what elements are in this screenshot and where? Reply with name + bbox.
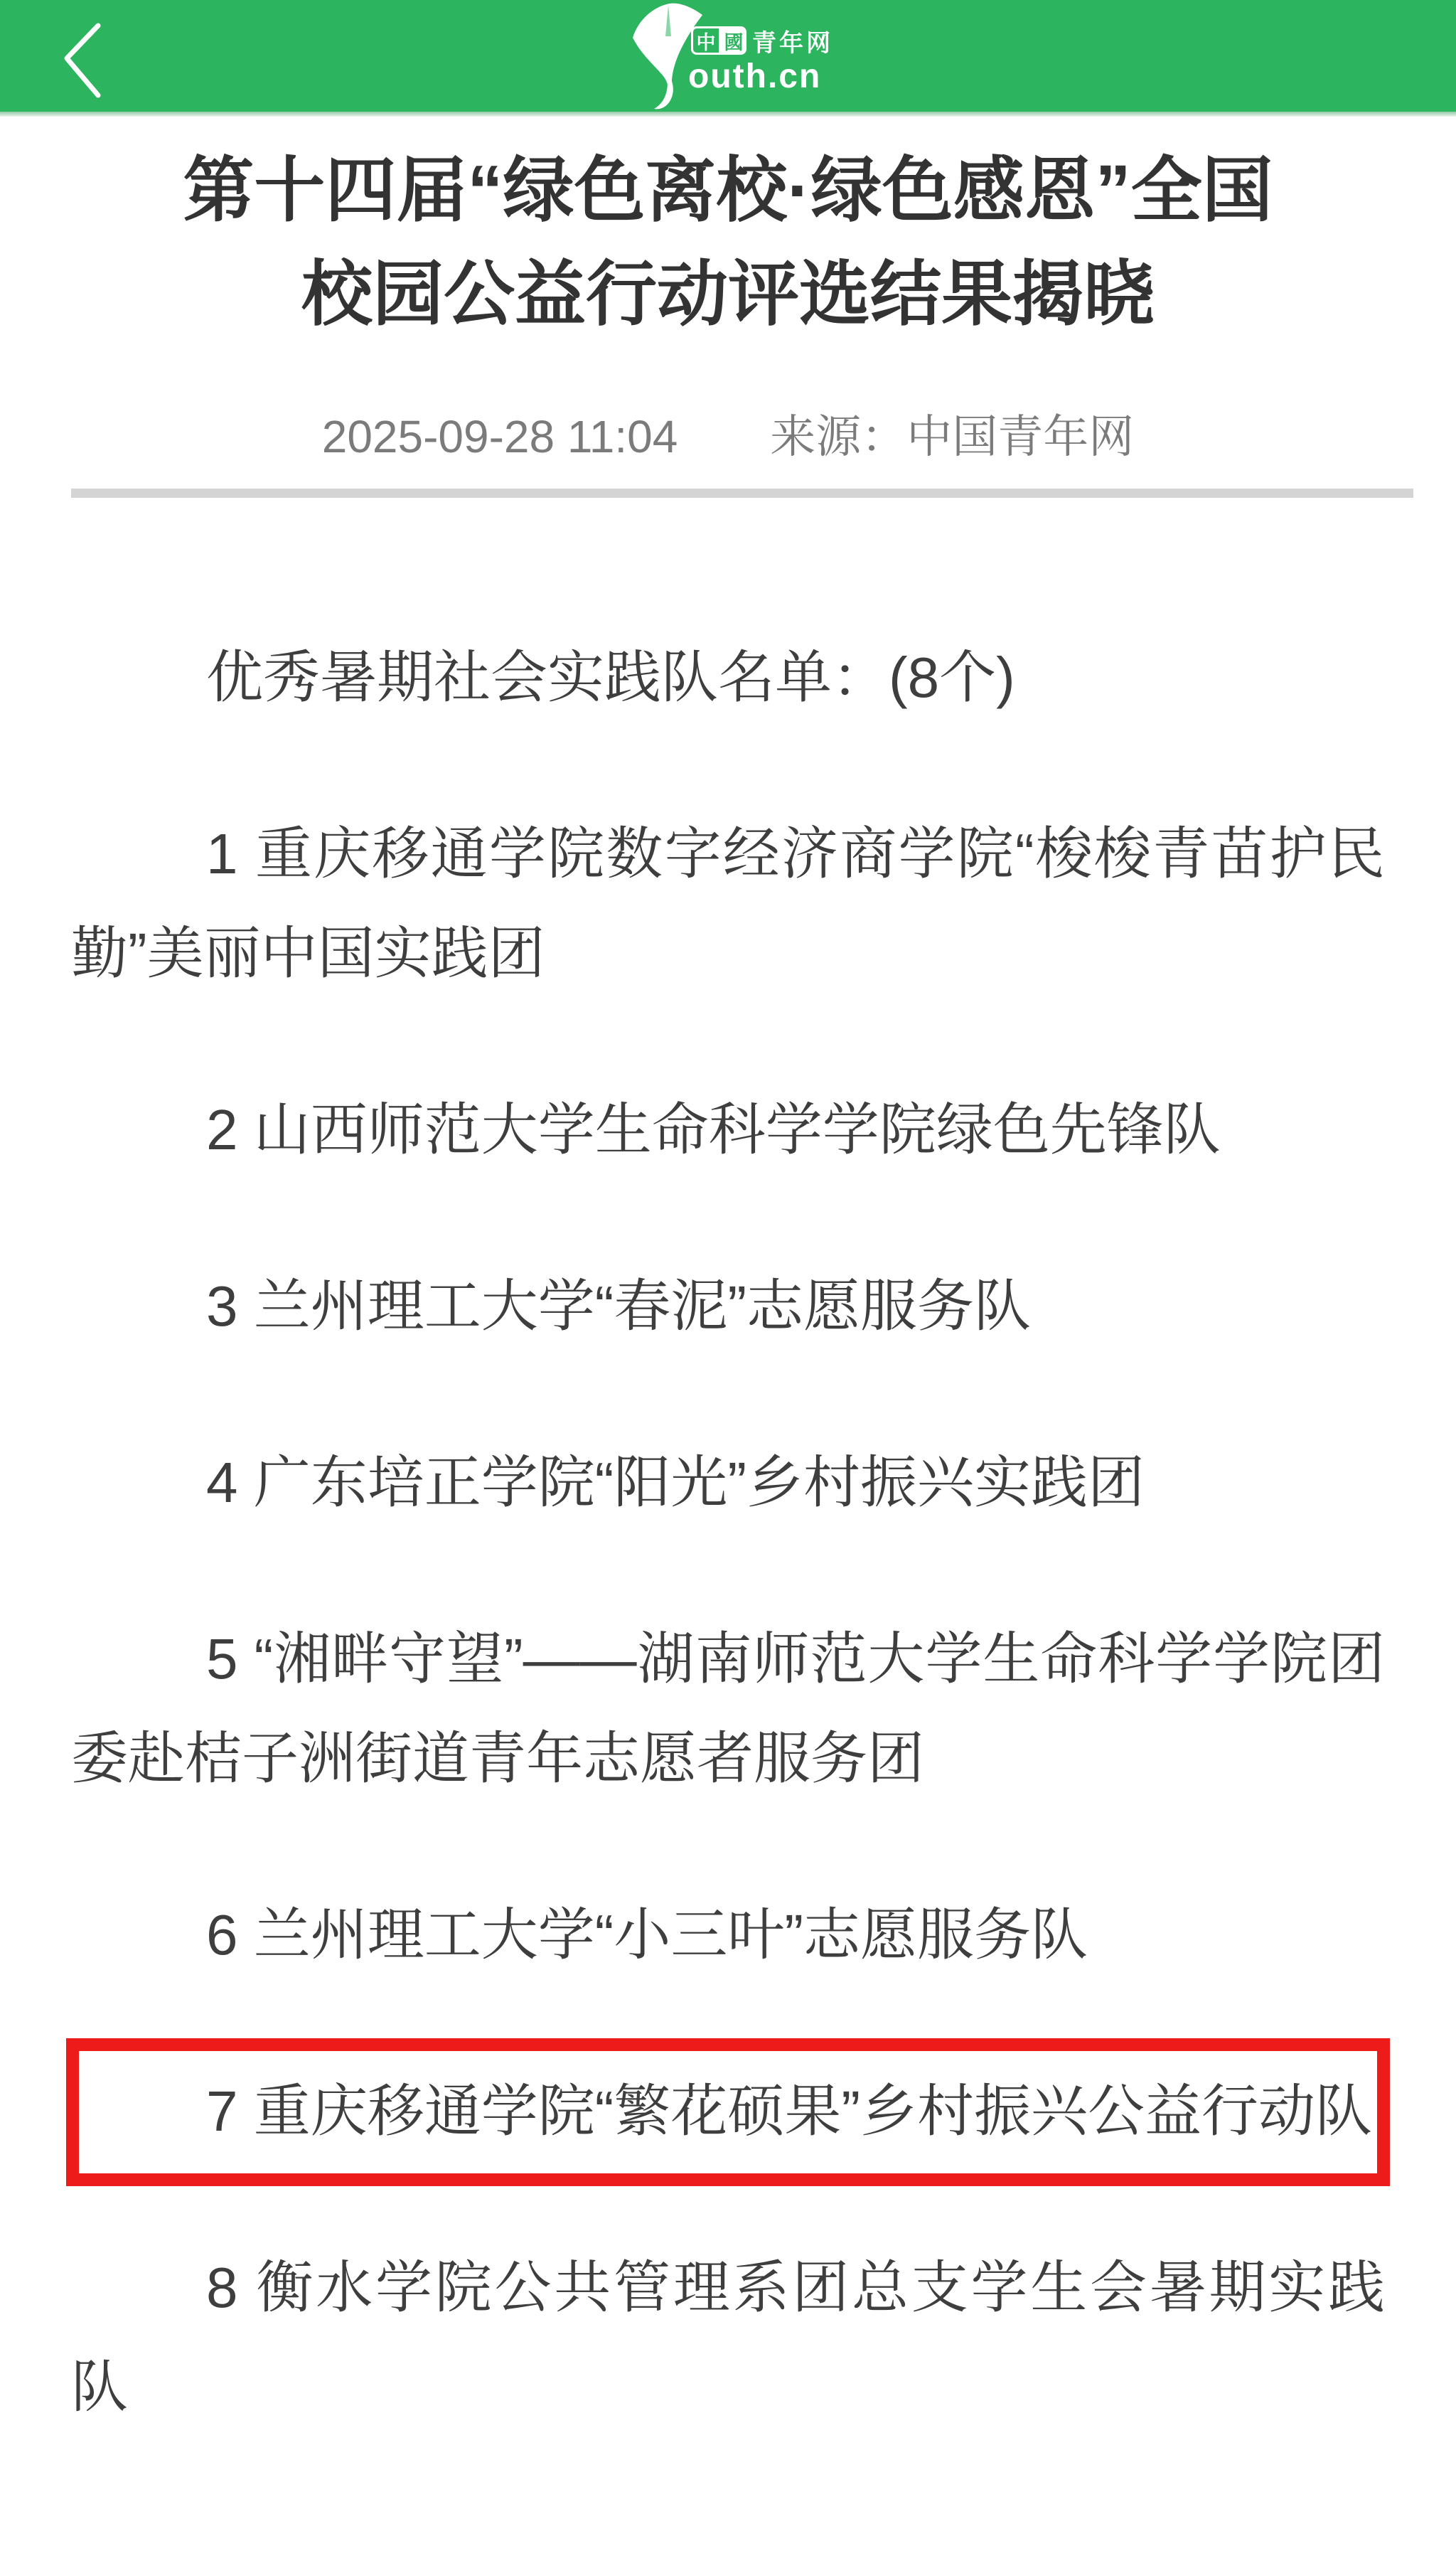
list-item-4: 4 广东培正学院“阳光”乡村振兴实践团 [71, 1433, 1385, 1533]
list-item-5: 5 “湘畔守望”——湖南师范大学生命科学学院团委赴桔子洲街道青年志愿者服务团 [71, 1609, 1385, 1809]
badge-char-outline: 中 [691, 26, 721, 55]
publish-date: 2025-09-28 11:04 [322, 412, 678, 462]
source-label: 来源：中国青年网 [770, 412, 1134, 462]
app-header: 中 國 青年网 outh.cn [0, 0, 1456, 112]
list-item-2: 2 山西师范大学生命科学学院绿色先锋队 [71, 1080, 1385, 1180]
list-item-3: 3 兰州理工大学“春泥”志愿服务队 [71, 1257, 1385, 1356]
article-title-line2: 校园公益行动评选结果揭晓 [43, 243, 1413, 346]
intro-paragraph: 优秀暑期社会实践队名单：(8个) [71, 628, 1385, 728]
badge-rest: 青年网 [752, 23, 833, 58]
logo-badge: 中 國 青年网 [691, 26, 833, 55]
list-item-6: 6 兰州理工大学“小三叶”志愿服务队 [71, 1885, 1385, 1985]
divider [71, 489, 1413, 498]
article-meta: 2025-09-28 11:04 来源：中国青年网 [0, 412, 1456, 462]
back-button[interactable] [43, 11, 121, 110]
list-item-1: 1 重庆移通学院数字经济商学院“梭梭青苗护民勤”美丽中国实践团 [71, 804, 1385, 1003]
chevron-left-icon [61, 21, 102, 100]
article-title-line1: 第十四届“绿色离校·绿色感恩”全国 [43, 139, 1413, 243]
logo-latin: outh.cn [688, 57, 833, 96]
list-item-7: 7 重庆移通学院“繁花硕果”乡村振兴公益行动队 [71, 2062, 1385, 2161]
header-bottom-strip [0, 112, 1456, 117]
list-item-7-text: 7 重庆移通学院“繁花硕果”乡村振兴公益行动队 [206, 2079, 1372, 2143]
list-item-8: 8 衡水学院公共管理系团总支学生会暑期实践队 [71, 2238, 1385, 2437]
article-body: 优秀暑期社会实践队名单：(8个) 1 重庆移通学院数字经济商学院“梭梭青苗护民勤… [0, 498, 1456, 2437]
article-title: 第十四届“绿色离校·绿色感恩”全国 校园公益行动评选结果揭晓 [43, 139, 1413, 346]
site-logo: 中 國 青年网 outh.cn [623, 0, 833, 112]
logo-text: 中 國 青年网 outh.cn [691, 26, 833, 96]
badge-char-solid: 國 [721, 26, 746, 55]
article-page: 中 國 青年网 outh.cn 第十四届“绿色离校·绿色感恩”全国 校园公益行动… [0, 0, 1456, 2551]
